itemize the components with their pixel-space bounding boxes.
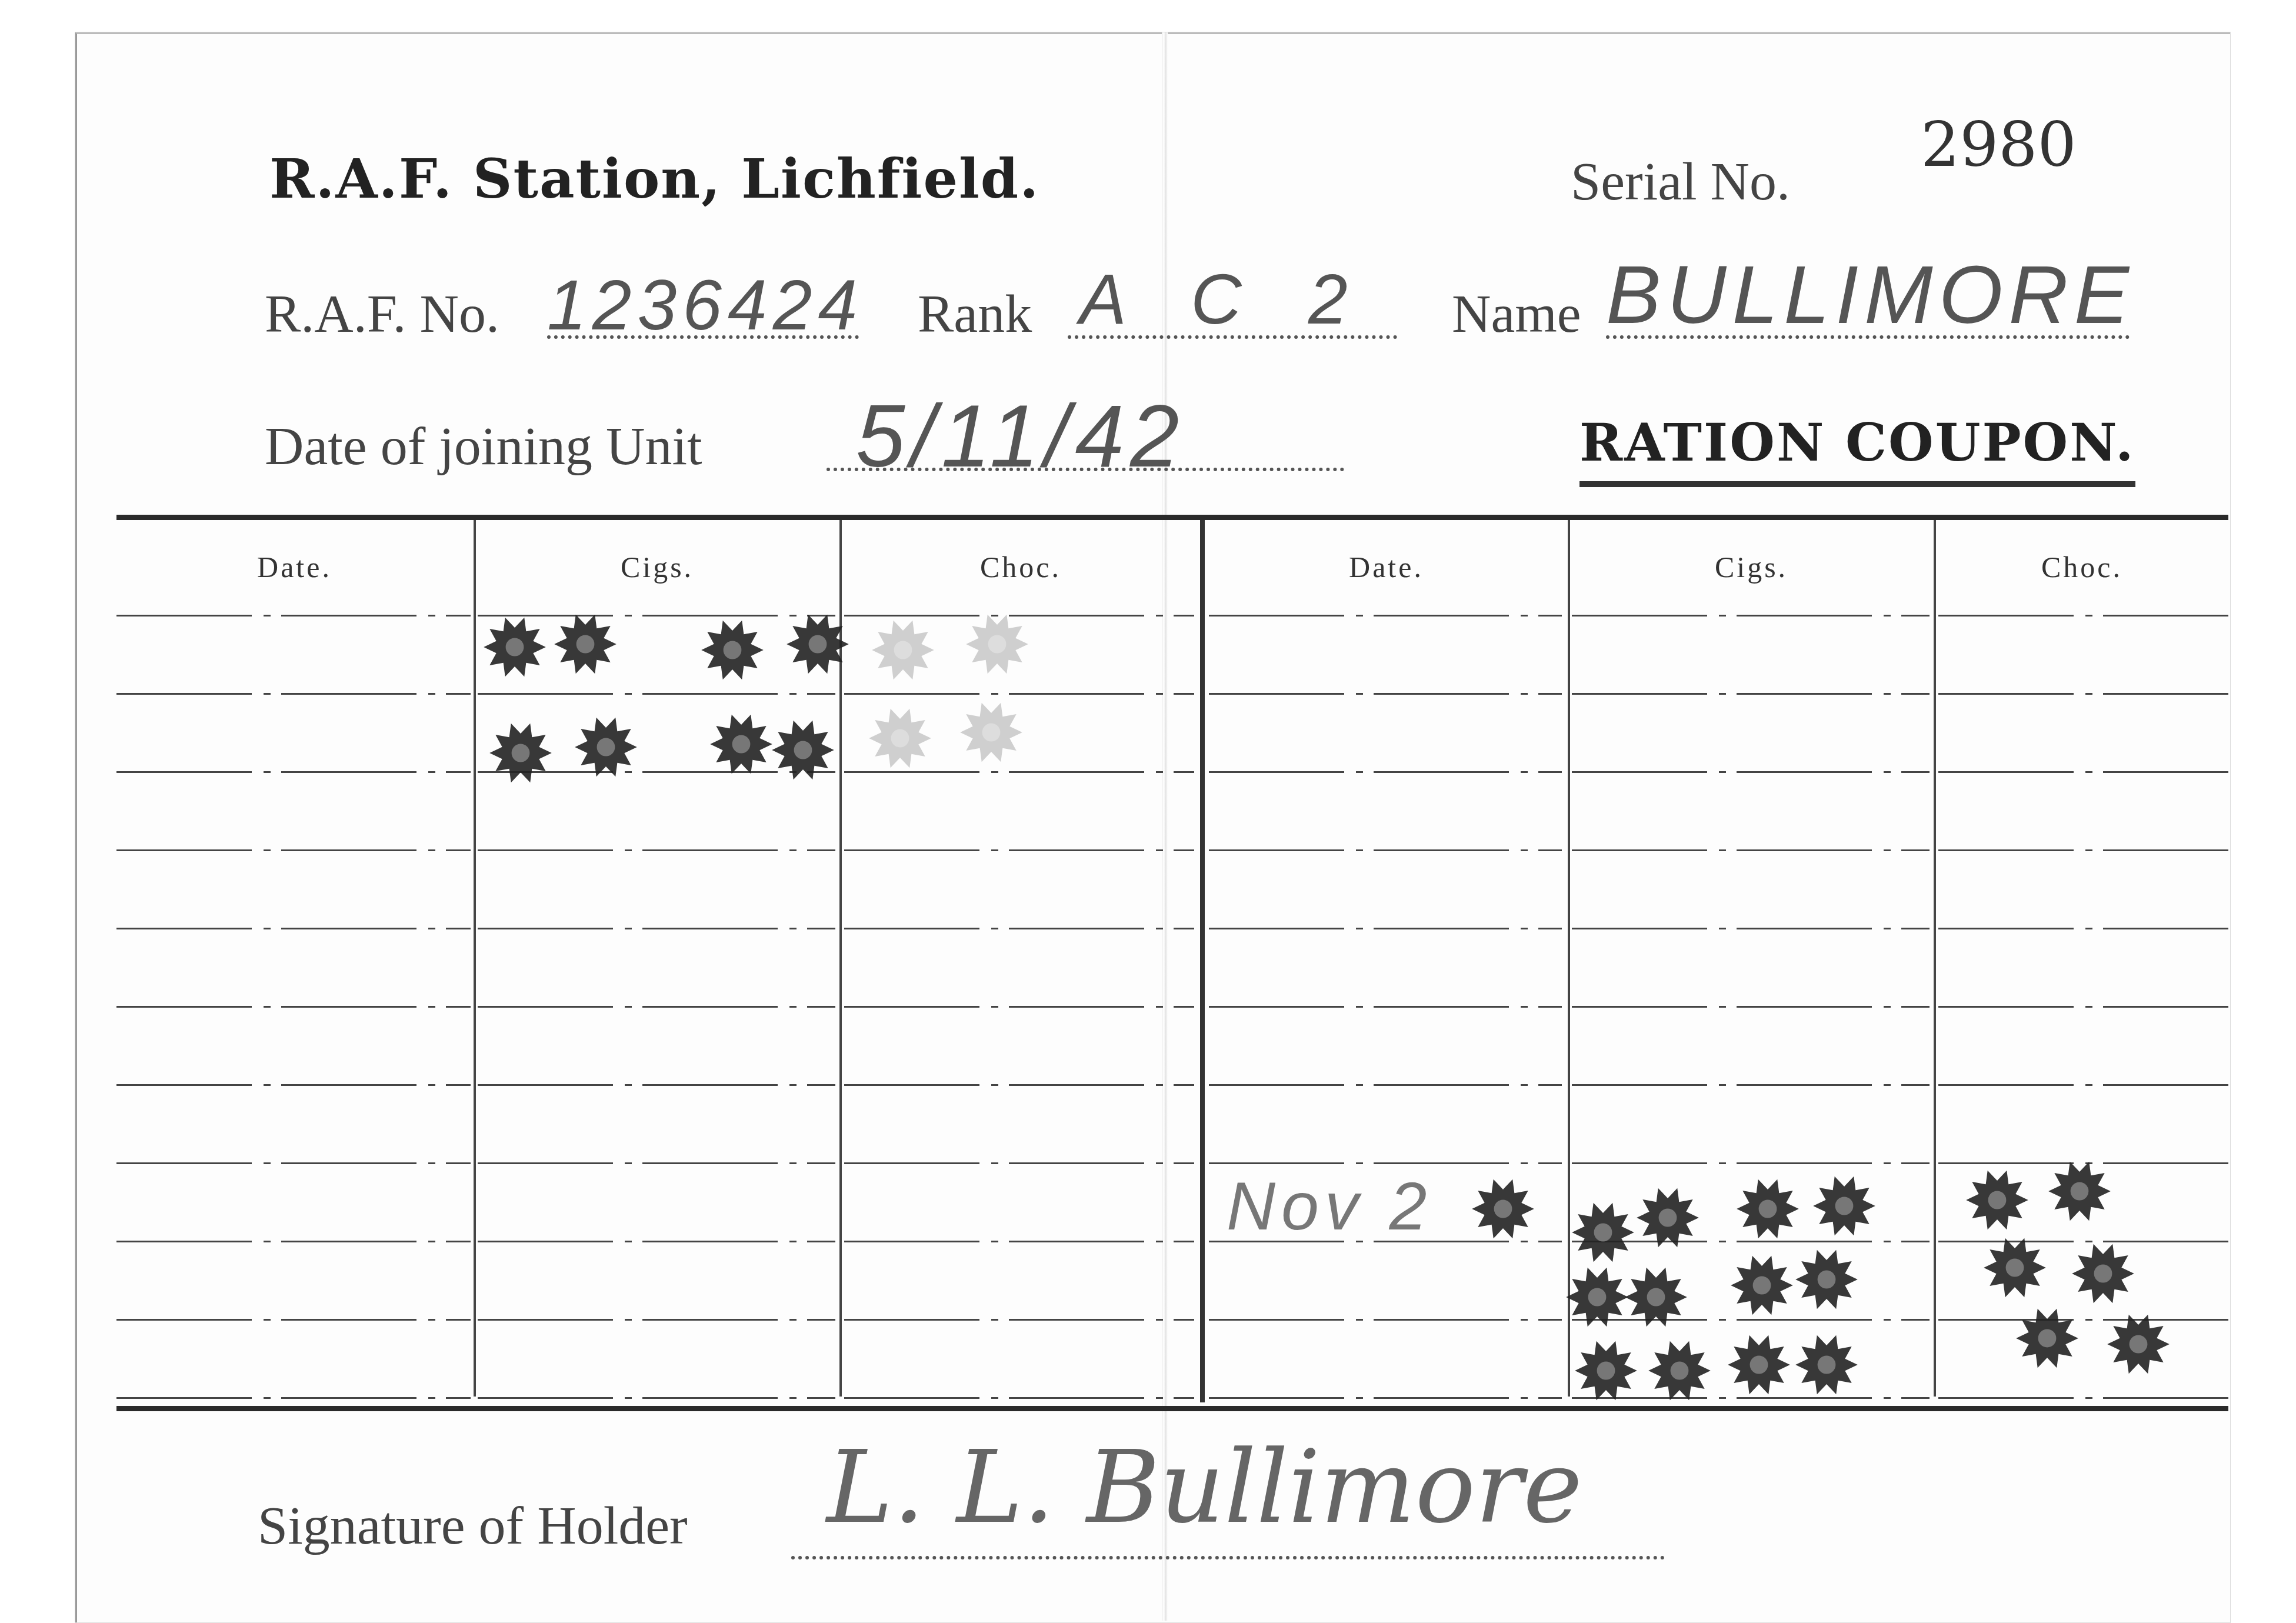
ration-stamp-icon [1471,1177,1535,1241]
header-left-choc: Choc. [841,550,1200,584]
ration-stamp-icon [2047,1159,2112,1224]
row-line [1938,928,2228,929]
name-label: Name [1452,282,1581,345]
row-line [1209,771,1562,773]
signature-label: Signature of Holder [258,1494,688,1557]
ration-stamp-icon [1571,1200,1635,1265]
row-line [478,693,835,695]
ration-stamp-icon [1794,1332,1859,1397]
row-line [478,1084,835,1086]
row-line [844,1241,1194,1242]
row-line [1572,1006,1930,1008]
row-line [116,1241,471,1242]
serial-number: 2980 [1921,109,2077,181]
date-joining-label: Date of joining Unit [265,415,702,477]
row-line [1938,771,2228,773]
row-line [116,928,471,929]
row-line [844,1319,1194,1321]
row-line [844,928,1194,929]
date-joining-field: 5/11/42 [827,409,1344,471]
row-line [1572,693,1930,695]
raf-no-field: 1236424 [547,276,859,339]
ration-stamp-icon [1730,1253,1794,1318]
row-line [844,1162,1194,1164]
header-right-date: Date. [1205,550,1568,584]
header-left-date: Date. [116,550,472,584]
row-line [1938,615,2228,616]
ration-stamp-icon [482,615,547,679]
ration-stamp-icon [1574,1338,1638,1403]
row-line [844,1006,1194,1008]
row-line [1572,849,1930,851]
ration-stamp-icon [1647,1338,1712,1403]
row-line [1938,693,2228,695]
row-line [1938,1006,2228,1008]
row-line [1209,849,1562,851]
row-line [478,1397,835,1399]
row-line [1572,928,1930,929]
ration-stamp-icon [1635,1185,1700,1250]
header-right-choc: Choc. [1935,550,2228,584]
row-line [116,1084,471,1086]
row-line [116,849,471,851]
table-bottom-rule [116,1406,2228,1411]
ration-stamp-icon [2015,1306,2080,1371]
ration-stamp-icon [871,618,935,682]
ration-stamp-icon [1794,1247,1859,1312]
ration-stamp-icon [709,712,774,776]
ration-stamp-icon [488,721,553,785]
row-line [1938,1084,2228,1086]
ration-stamp-icon [1812,1174,1877,1238]
col-divider [474,520,476,1397]
ration-stamp-icon [1965,1168,2030,1232]
row-line [1209,1162,1562,1164]
row-line [1938,1319,2228,1321]
serial-label: Serial No. [1571,150,1790,212]
ration-stamp-icon [1727,1332,1791,1397]
row-line [1572,1162,1930,1164]
row-line [844,849,1194,851]
row-line [478,1162,835,1164]
row-line [116,1397,471,1399]
ration-stamp-icon [553,612,618,676]
header-right-cigs: Cigs. [1569,550,1933,584]
date-joining-value: 5/11/42 [856,385,1185,487]
header-left-cigs: Cigs. [475,550,839,584]
raf-no-value: 1236424 [547,265,863,346]
row-line [1572,1084,1930,1086]
row-line [478,849,835,851]
row-line [1938,849,2228,851]
ration-stamp-icon [700,618,765,682]
row-line [116,1006,471,1008]
ration-stamp-icon [2106,1312,2171,1377]
ration-stamp-icon [1565,1265,1629,1329]
station-title: R.A.F. Station, Lichfield. [269,147,1039,211]
entry-date-nov2: Nov 2 [1227,1168,1432,1245]
ration-coupon-heading: RATION COUPON. [1579,412,2135,487]
row-line [844,1084,1194,1086]
raf-no-label: R.A.F. No. [265,282,499,345]
row-line [478,1006,835,1008]
col-divider [1934,520,1936,1397]
row-line [1209,693,1562,695]
row-line [478,1319,835,1321]
row-line [1572,771,1930,773]
ration-stamp-icon [771,718,835,782]
row-line [1209,1397,1562,1399]
row-line [844,1397,1194,1399]
row-line [116,693,471,695]
rank-value: A C 2 [1079,259,1371,340]
row-line [1572,615,1930,616]
row-line [1209,1006,1562,1008]
table-top-rule [116,515,2228,520]
row-line [1209,1084,1562,1086]
ration-stamp-icon [868,706,932,771]
ration-stamp-icon [965,612,1029,676]
row-line [116,1319,471,1321]
row-line [478,1241,835,1242]
ration-stamp-icon [785,612,850,676]
row-line [116,1162,471,1164]
ration-stamp-icon [959,700,1024,765]
row-line [1209,928,1562,929]
row-line [116,615,471,616]
signature-field: L. L. Bullimore [791,1494,1665,1559]
row-line [1209,615,1562,616]
row-line [116,771,471,773]
center-divider [1200,520,1205,1402]
rank-label: Rank [918,282,1032,345]
row-line [1209,1319,1562,1321]
name-value: BULLIMORE [1606,247,2135,342]
ration-stamp-icon [574,715,638,779]
name-field: BULLIMORE [1606,276,2130,339]
rank-field: A C 2 [1068,276,1397,339]
row-line [478,928,835,929]
row-line [1938,1397,2228,1399]
ration-stamp-icon [1982,1235,2047,1300]
ration-stamp-icon [1735,1177,1800,1241]
signature-value: L. L. Bullimore [827,1429,1582,1546]
row-line [844,771,1194,773]
ration-stamp-icon [2071,1241,2135,1306]
row-line [844,693,1194,695]
ration-stamp-icon [1624,1265,1688,1329]
